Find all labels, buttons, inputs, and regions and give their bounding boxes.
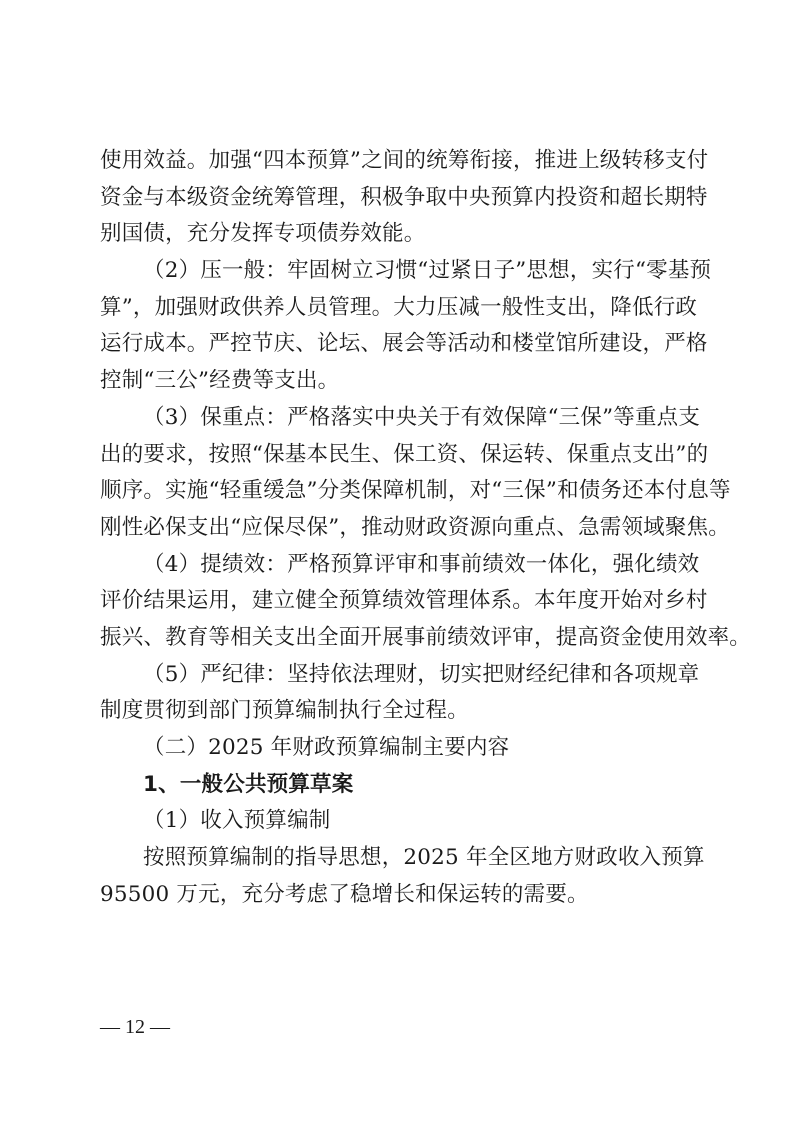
sub-sub-heading: （1）收入预算编制 (100, 803, 697, 840)
text-line: 出的要求，按照“保基本民生、保工资、保运转、保重点支出”的 (100, 437, 697, 474)
text-line: 评价结果运用，建立健全预算绩效管理体系。本年度开始对乡村 (100, 583, 697, 620)
text-line: 资金与本级资金统筹管理，积极争取中央预算内投资和超长期特 (100, 180, 697, 217)
text-line: 运行成本。严控节庆、论坛、展会等活动和楼堂馆所建设，严格 (100, 326, 697, 363)
paragraph-continuation: 使用效益。加强“四本预算”之间的统筹衔接，推进上级转移支付 资金与本级资金统筹管… (100, 143, 697, 253)
sub-heading: 1、一般公共预算草案 (100, 767, 697, 804)
paragraph-item-3: （3）保重点：严格落实中央关于有效保障“三保”等重点支 出的要求，按照“保基本民… (100, 400, 697, 547)
text-line: （5）严纪律：坚持依法理财，切实把财经纪律和各项规章 (100, 657, 697, 694)
text-line: 别国债，充分发挥专项债券效能。 (100, 216, 697, 253)
text-line: （4）提绩效：严格预算评审和事前绩效一体化，强化绩效 (100, 547, 697, 584)
section-heading: （二）2025 年财政预算编制主要内容 (100, 730, 697, 767)
text-line: 刚性必保支出“应保尽保”，推动财政资源向重点、急需领域聚焦。 (100, 510, 697, 547)
text-line: 按照预算编制的指导思想，2025 年全区地方财政收入预算 (100, 840, 697, 877)
text-line: 顺序。实施“轻重缓急”分类保障机制，对“三保”和债务还本付息等 (100, 473, 697, 510)
paragraph-item-5: （5）严纪律：坚持依法理财，切实把财经纪律和各项规章 制度贯彻到部门预算编制执行… (100, 657, 697, 730)
text-line: 控制“三公”经费等支出。 (100, 363, 697, 400)
paragraph-item-4: （4）提绩效：严格预算评审和事前绩效一体化，强化绩效 评价结果运用，建立健全预算… (100, 547, 697, 657)
page-number: — 12 — (100, 1016, 170, 1039)
text-line: （2）压一般：牢固树立习惯“过紧日子”思想，实行“零基预 (100, 253, 697, 290)
document-body: 使用效益。加强“四本预算”之间的统筹衔接，推进上级转移支付 资金与本级资金统筹管… (100, 143, 697, 913)
text-line: 制度贯彻到部门预算编制执行全过程。 (100, 693, 697, 730)
paragraph-revenue-budget: 按照预算编制的指导思想，2025 年全区地方财政收入预算 95500 万元，充分… (100, 840, 697, 913)
text-line: 使用效益。加强“四本预算”之间的统筹衔接，推进上级转移支付 (100, 143, 697, 180)
text-line: 算”，加强财政供养人员管理。大力压减一般性支出，降低行政 (100, 290, 697, 327)
text-line: 振兴、教育等相关支出全面开展事前绩效评审，提高资金使用效率。 (100, 620, 697, 657)
paragraph-item-2: （2）压一般：牢固树立习惯“过紧日子”思想，实行“零基预 算”，加强财政供养人员… (100, 253, 697, 400)
text-line: （3）保重点：严格落实中央关于有效保障“三保”等重点支 (100, 400, 697, 437)
text-line: 95500 万元，充分考虑了稳增长和保运转的需要。 (100, 877, 697, 914)
